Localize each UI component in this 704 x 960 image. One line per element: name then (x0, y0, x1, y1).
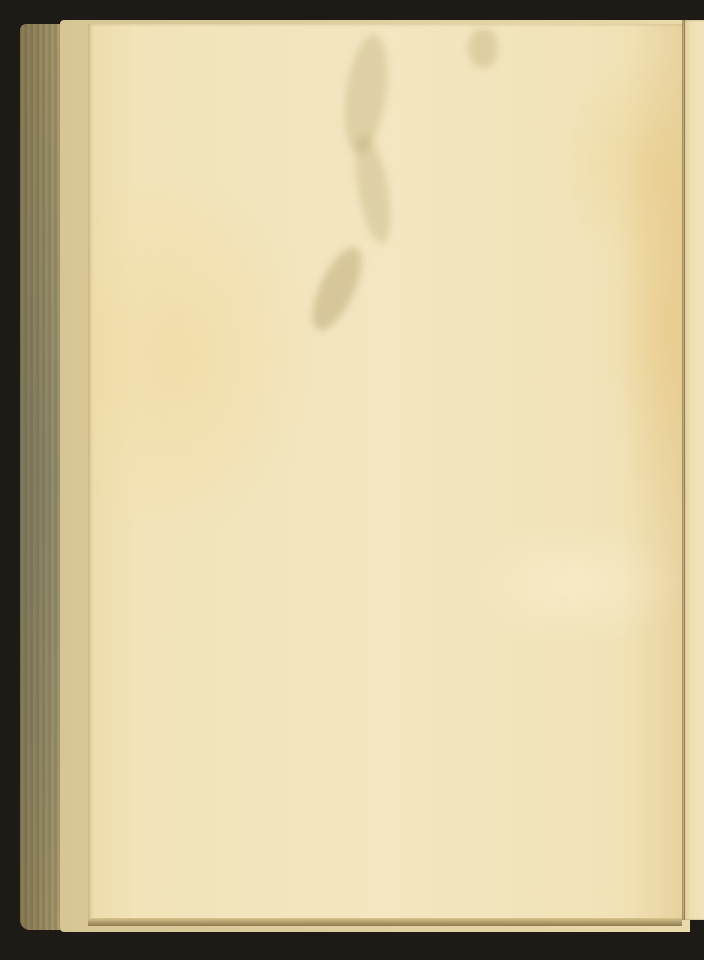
page-bottom-edge (88, 918, 682, 926)
water-stain (303, 241, 372, 337)
gutter-line (684, 20, 685, 920)
blank-page (88, 24, 682, 922)
facing-page-edge (682, 20, 704, 920)
water-stain (468, 28, 498, 68)
water-stain (349, 132, 398, 246)
